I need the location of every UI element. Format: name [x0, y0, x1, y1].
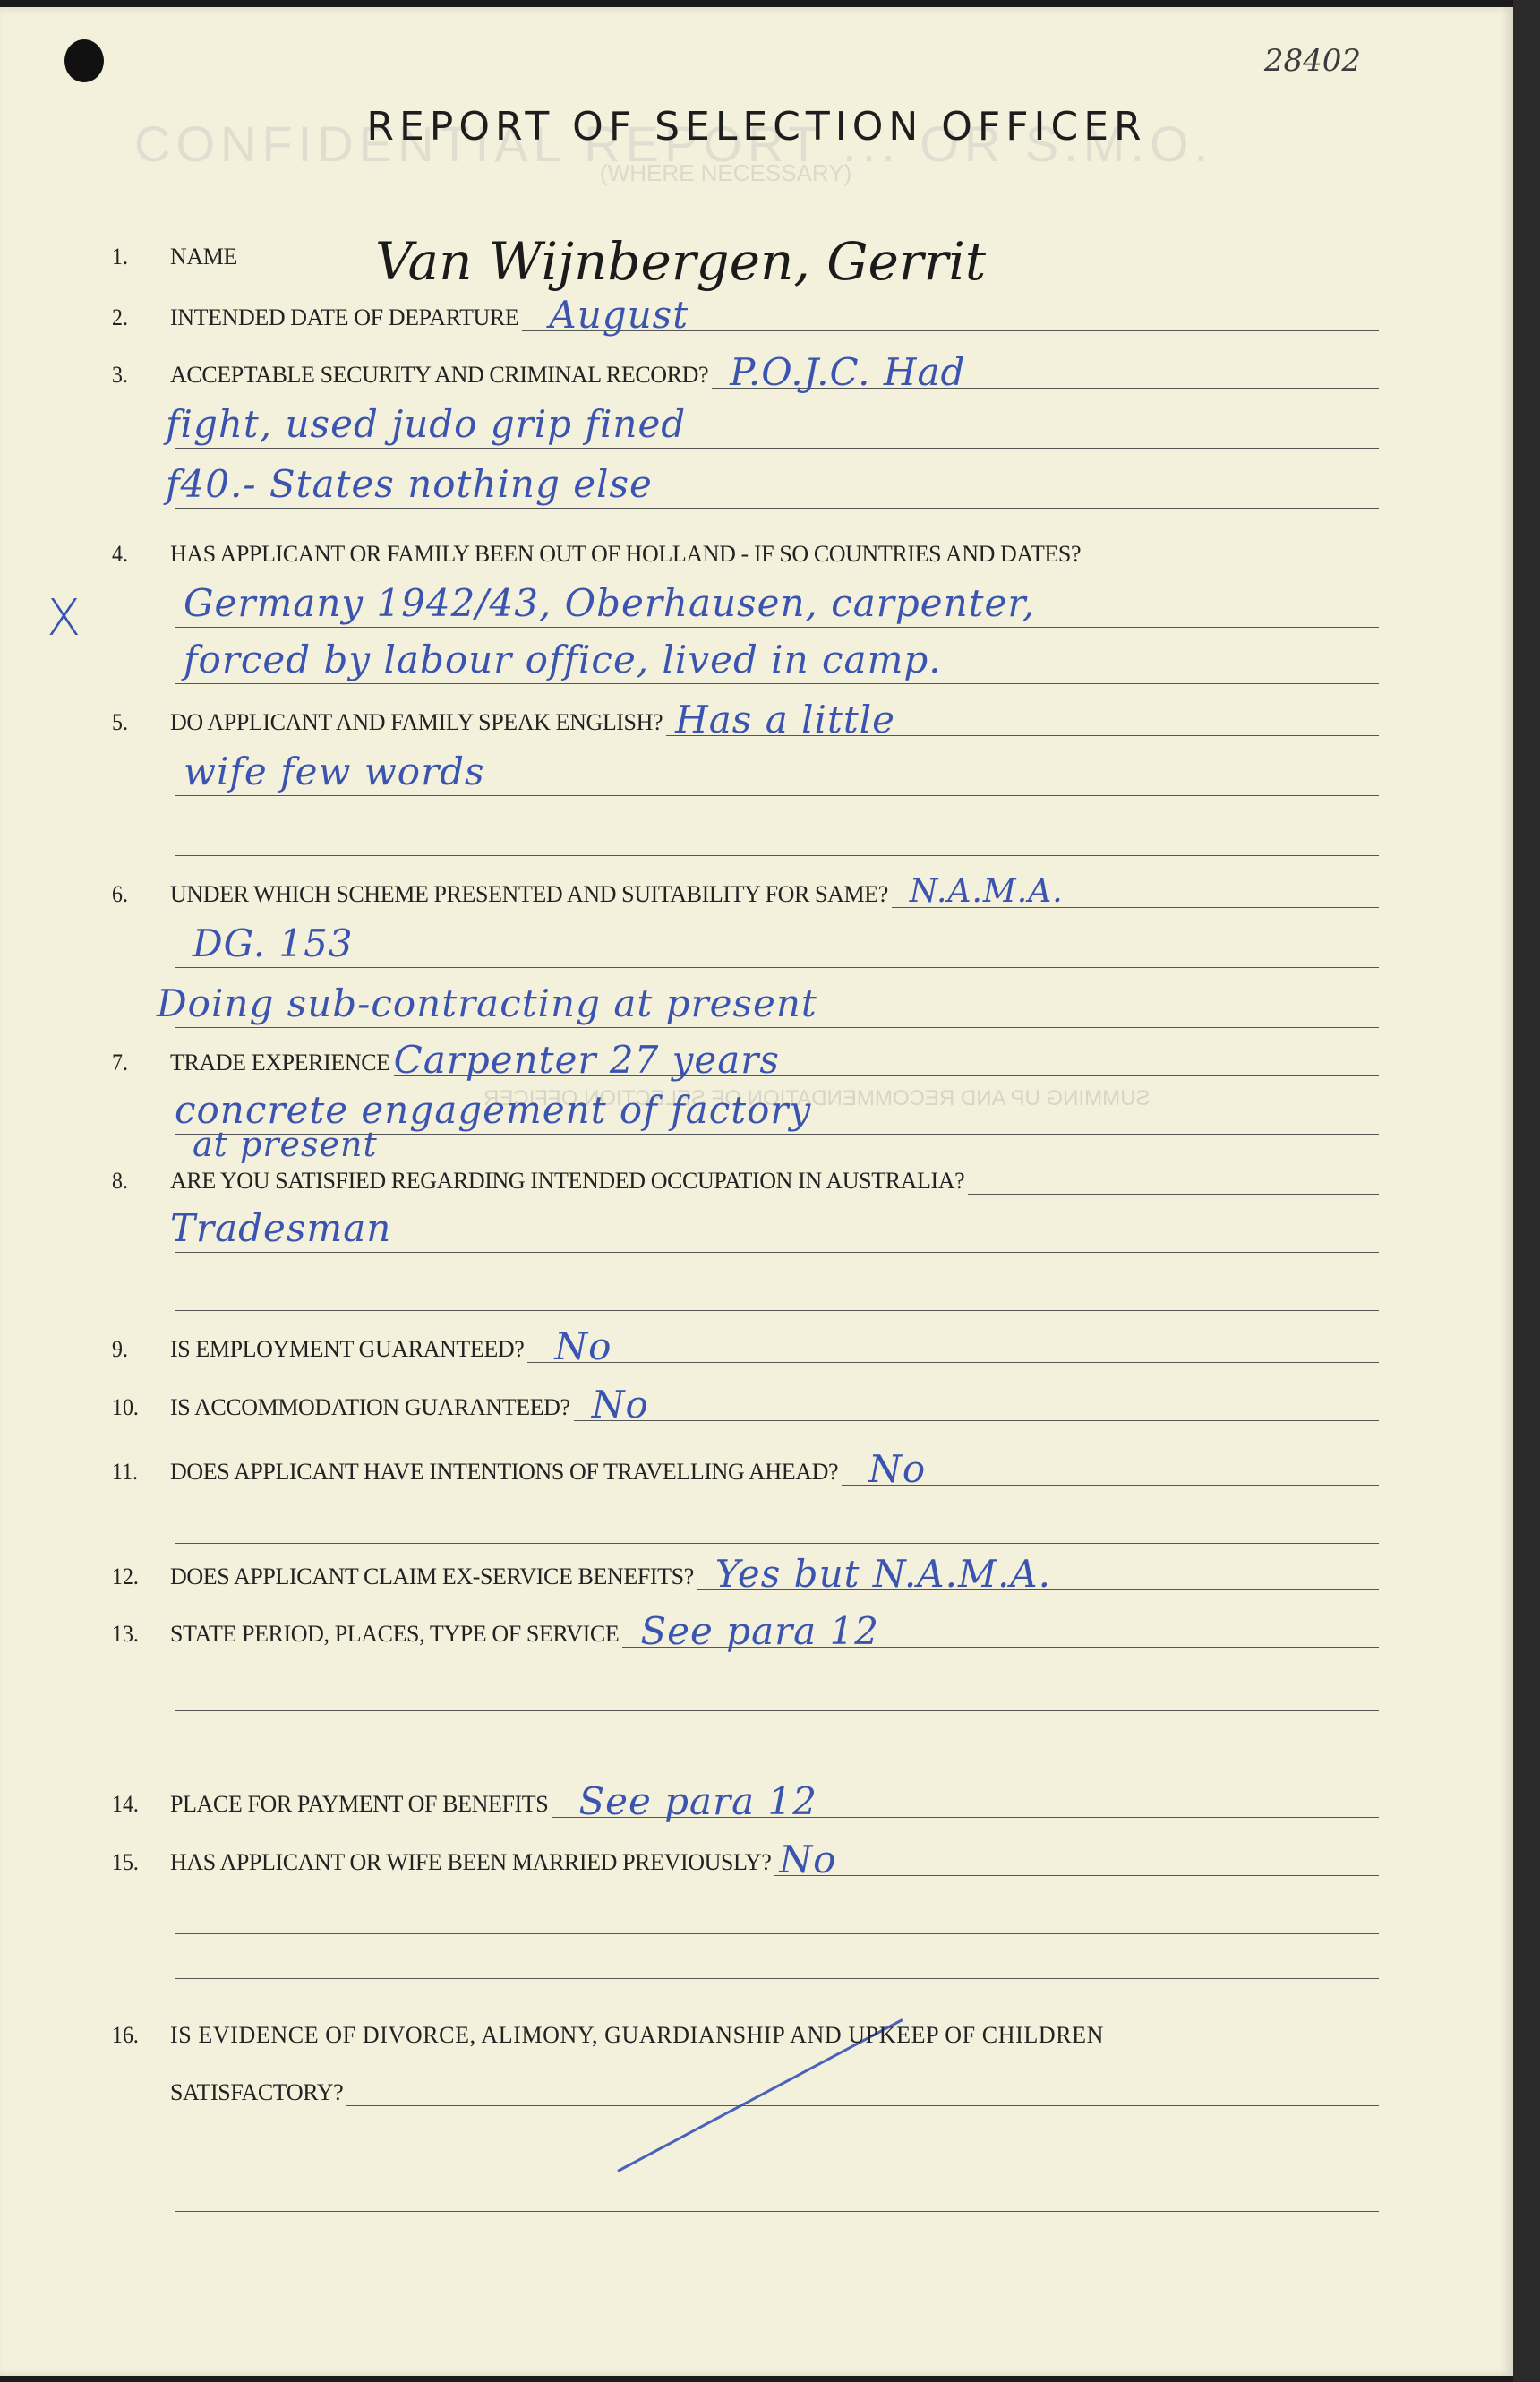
question-number: 7. — [112, 1050, 166, 1076]
question-number: 15. — [112, 1849, 166, 1876]
question-number: 3. — [112, 362, 166, 389]
question-number: 2. — [112, 304, 166, 331]
answer-field-line[interactable] — [175, 2124, 1379, 2164]
form-page: 28402 CONFIDENTIAL REPORT ... OR S.M.O. … — [0, 7, 1513, 2376]
answer-field-line[interactable] — [175, 1671, 1379, 1711]
answer-field-line[interactable] — [175, 1729, 1379, 1769]
handwritten-answer: forced by labour office, lived in camp. — [184, 638, 942, 681]
answer-field-line[interactable]: f40.- States nothing else — [175, 468, 1379, 509]
answer-field[interactable]: August — [522, 304, 1379, 331]
answer-field-line[interactable]: Germany 1942/43, Oberhausen, carpenter, — [175, 587, 1379, 628]
question-number: 14. — [112, 1791, 166, 1818]
handwritten-answer: Doing sub-contracting at present — [157, 981, 817, 1025]
handwritten-answer: No — [592, 1392, 649, 1418]
question-label: STATE PERIOD, PLACES, TYPE OF SERVICE — [170, 1621, 619, 1648]
handwritten-answer: fight, used judo grip fined — [166, 402, 686, 446]
answer-field[interactable]: No — [774, 1848, 1379, 1876]
question-label-continued: SATISFACTORY? — [170, 2079, 343, 2106]
question-number: 13. — [112, 1621, 166, 1648]
question-1: 1. NAME Van Wijnbergen, Gerrit — [112, 231, 1379, 270]
answer-field-line[interactable] — [175, 1504, 1379, 1544]
answer-field-line[interactable]: concrete engagement of factory at presen… — [175, 1094, 1379, 1135]
answer-field[interactable]: No — [527, 1335, 1379, 1363]
answer-field[interactable]: Yes but N.A.M.A. — [697, 1563, 1379, 1590]
question-10: 10. IS ACCOMMODATION GUARANTEED? No — [112, 1382, 1379, 1421]
question-label: DO APPLICANT AND FAMILY SPEAK ENGLISH? — [170, 709, 663, 736]
handwritten-answer: N.A.M.A. — [910, 878, 1064, 905]
answer-field-line[interactable]: Doing sub-contracting at present — [175, 988, 1379, 1028]
question-label: DOES APPLICANT CLAIM EX-SERVICE BENEFITS… — [170, 1564, 694, 1590]
handwritten-answer: No — [868, 1456, 926, 1483]
question-label: IS EMPLOYMENT GUARANTEED? — [170, 1336, 524, 1363]
question-4: 4. HAS APPLICANT OR FAMILY BEEN OUT OF H… — [112, 528, 1379, 684]
handwritten-answer: No — [554, 1333, 612, 1360]
handwritten-answer: August — [549, 302, 689, 329]
answer-field-line[interactable]: Tradesman — [175, 1212, 1379, 1253]
question-12: 12. DOES APPLICANT CLAIM EX-SERVICE BENE… — [112, 1551, 1379, 1590]
question-13: 13. STATE PERIOD, PLACES, TYPE OF SERVIC… — [112, 1608, 1379, 1769]
answer-field[interactable]: Carpenter 27 years — [394, 1049, 1379, 1076]
answer-field-line[interactable] — [175, 1939, 1379, 1979]
answer-field-line[interactable]: DG. 153 — [175, 928, 1379, 968]
answer-field-line[interactable] — [175, 1271, 1379, 1311]
handwritten-answer: Tradesman — [170, 1206, 391, 1250]
answer-field[interactable]: Has a little — [666, 708, 1379, 736]
handwritten-answer: See para 12 — [578, 1788, 817, 1815]
question-15: 15. HAS APPLICANT OR WIFE BEEN MARRIED P… — [112, 1837, 1379, 1979]
answer-field-line[interactable]: wife few words — [175, 756, 1379, 796]
question-2: 2. INTENDED DATE OF DEPARTURE August — [112, 292, 1379, 331]
question-number: 5. — [112, 709, 166, 736]
page-edge — [1513, 0, 1540, 2382]
answer-field[interactable] — [968, 1167, 1379, 1195]
answer-field[interactable]: P.O.J.C. Had — [712, 361, 1379, 389]
question-16: 16. IS EVIDENCE OF DIVORCE, ALIMONY, GUA… — [112, 2009, 1379, 2212]
question-label: HAS APPLICANT OR FAMILY BEEN OUT OF HOLL… — [170, 541, 1081, 568]
question-label: HAS APPLICANT OR WIFE BEEN MARRIED PREVI… — [170, 1849, 771, 1876]
question-11: 11. DOES APPLICANT HAVE INTENTIONS OF TR… — [112, 1446, 1379, 1544]
question-number: 4. — [112, 541, 166, 568]
handwritten-answer: No — [779, 1846, 836, 1873]
answer-field[interactable]: See para 12 — [622, 1620, 1379, 1648]
handwritten-answer: Has a little — [675, 707, 895, 733]
question-8: 8. ARE YOU SATISFIED REGARDING INTENDED … — [112, 1155, 1379, 1311]
question-label: ARE YOU SATISFIED REGARDING INTENDED OCC… — [170, 1168, 964, 1195]
question-number: 9. — [112, 1336, 166, 1363]
question-label: DOES APPLICANT HAVE INTENTIONS OF TRAVEL… — [170, 1459, 838, 1486]
question-5: 5. DO APPLICANT AND FAMILY SPEAK ENGLISH… — [112, 697, 1379, 856]
handwritten-answer: wife few words — [184, 750, 485, 793]
answer-field[interactable]: See para 12 — [552, 1790, 1379, 1818]
handwritten-answer: Yes but N.A.M.A. — [715, 1561, 1051, 1588]
answer-field-line[interactable] — [175, 2172, 1379, 2212]
question-label: IS ACCOMMODATION GUARANTEED? — [170, 1394, 570, 1421]
question-9: 9. IS EMPLOYMENT GUARANTEED? No — [112, 1324, 1379, 1363]
answer-field[interactable]: N.A.M.A. — [892, 880, 1379, 908]
question-label: NAME — [170, 244, 237, 270]
handwritten-answer: DG. 153 — [192, 921, 354, 965]
answer-field[interactable] — [346, 2078, 1379, 2106]
question-label: INTENDED DATE OF DEPARTURE — [170, 304, 518, 331]
question-label: UNDER WHICH SCHEME PRESENTED AND SUITABI… — [170, 881, 888, 908]
applicant-name-signature: Van Wijnbergen, Gerrit — [375, 248, 986, 275]
answer-field-line[interactable]: fight, used judo grip fined — [175, 408, 1379, 449]
question-14: 14. PLACE FOR PAYMENT OF BENEFITS See pa… — [112, 1778, 1379, 1818]
question-label: PLACE FOR PAYMENT OF BENEFITS — [170, 1791, 548, 1818]
question-number: 16. — [112, 2022, 166, 2049]
question-3: 3. ACCEPTABLE SECURITY AND CRIMINAL RECO… — [112, 349, 1379, 509]
handwritten-answer: See para 12 — [640, 1618, 879, 1645]
question-label: TRADE EXPERIENCE — [170, 1050, 390, 1076]
question-number: 12. — [112, 1564, 166, 1590]
question-number: 10. — [112, 1394, 166, 1421]
punch-hole — [64, 39, 104, 82]
question-number: 8. — [112, 1168, 166, 1195]
handwritten-answer: f40.- States nothing else — [166, 462, 653, 506]
answer-field[interactable]: No — [842, 1458, 1379, 1486]
handwritten-answer: P.O.J.C. Had — [730, 359, 965, 386]
question-number: 11. — [112, 1459, 166, 1486]
answer-field[interactable]: No — [574, 1393, 1379, 1421]
ghost-where-necessary: (WHERE NECESSARY) — [600, 159, 851, 187]
question-7: 7. TRADE EXPERIENCE Carpenter 27 years c… — [112, 1037, 1379, 1135]
answer-field-line[interactable]: forced by labour office, lived in camp. — [175, 644, 1379, 684]
page-title: REPORT OF SELECTION OFFICER — [0, 104, 1513, 150]
question-label: IS EVIDENCE OF DIVORCE, ALIMONY, GUARDIA… — [170, 2022, 1104, 2049]
margin-x-mark: X — [47, 589, 81, 647]
handwritten-answer: Germany 1942/43, Oberhausen, carpenter, — [184, 581, 1035, 625]
handwritten-answer: Carpenter 27 years — [394, 1047, 780, 1074]
answer-field-line[interactable] — [175, 816, 1379, 856]
answer-field-line[interactable] — [175, 1894, 1379, 1934]
question-label: ACCEPTABLE SECURITY AND CRIMINAL RECORD? — [170, 362, 708, 389]
question-number: 6. — [112, 881, 166, 908]
question-number: 1. — [112, 244, 166, 270]
reference-number: 28402 — [1264, 43, 1361, 79]
question-6: 6. UNDER WHICH SCHEME PRESENTED AND SUIT… — [112, 869, 1379, 1028]
answer-field[interactable]: Van Wijnbergen, Gerrit — [241, 243, 1379, 270]
